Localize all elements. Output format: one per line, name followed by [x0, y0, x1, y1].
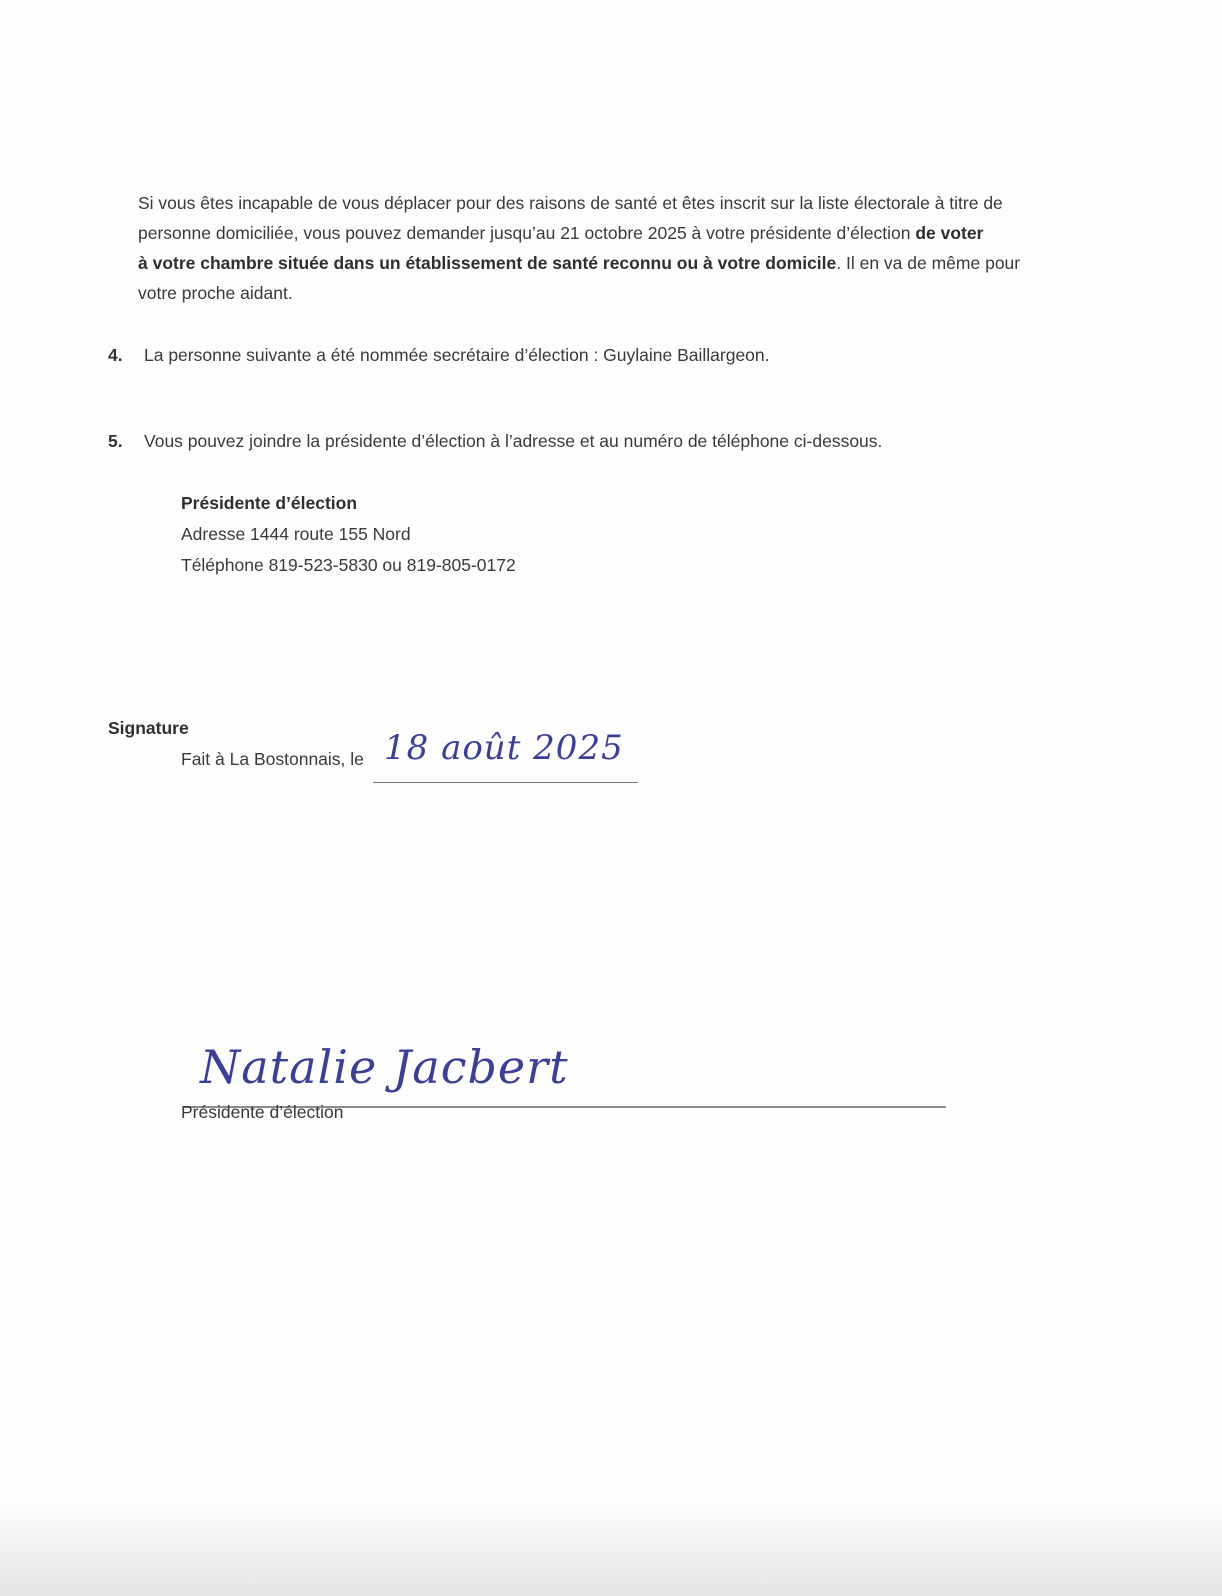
signature-place-line: Fait à La Bostonnais, le: [181, 744, 364, 774]
contact-phone: Téléphone 819-523-5830 ou 819-805-0172: [181, 550, 516, 580]
paragraph-line-3: à votre chambre située dans un établisse…: [138, 248, 1138, 278]
handwritten-date: 18 août 2025: [384, 728, 624, 768]
item-number: 5.: [108, 426, 144, 456]
list-item-4: 4.La personne suivante a été nommée secr…: [108, 340, 770, 370]
paragraph-line-4: votre proche aidant.: [138, 278, 1138, 308]
page-bottom-shadow: [0, 1506, 1222, 1596]
contact-title: Présidente d’élection: [181, 488, 357, 518]
handwritten-signature: Natalie Jacbert: [200, 1040, 569, 1094]
health-voting-paragraph: Si vous êtes incapable de vous déplacer …: [138, 188, 1138, 308]
item-number: 4.: [108, 340, 144, 370]
bold-phrase-start: de voter: [915, 223, 983, 243]
signature-heading: Signature: [108, 713, 189, 743]
paragraph-line-2: personne domiciliée, vous pouvez demande…: [138, 218, 1138, 248]
item-text: La personne suivante a été nommée secrét…: [144, 345, 770, 365]
contact-address: Adresse 1444 route 155 Nord: [181, 519, 411, 549]
list-item-5: 5.Vous pouvez joindre la présidente d’él…: [108, 426, 882, 456]
signature-role-label: Présidente d’élection: [181, 1097, 343, 1127]
bold-phrase: à votre chambre située dans un établisse…: [138, 253, 836, 273]
paragraph-line-1: Si vous êtes incapable de vous déplacer …: [138, 188, 1138, 218]
date-underline: [373, 782, 638, 783]
item-text: Vous pouvez joindre la présidente d’élec…: [144, 431, 882, 451]
